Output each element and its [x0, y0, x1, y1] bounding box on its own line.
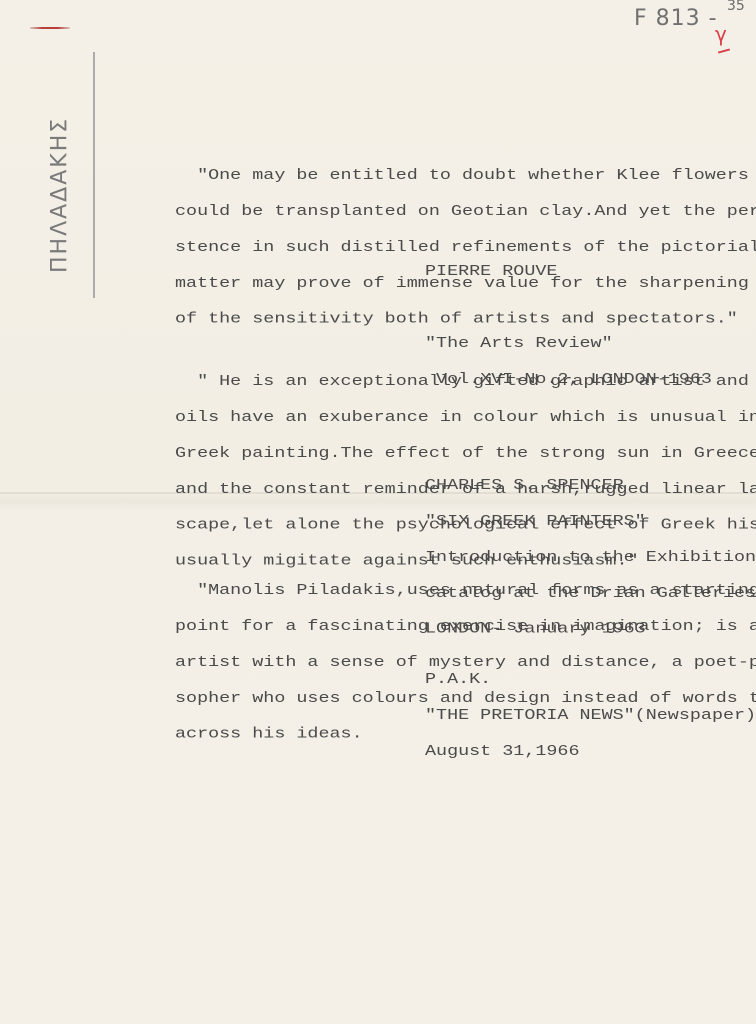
document-page: F 813 - 35 γ ΠΗΛΑΔΑΚΗΣ "One may be entit… — [0, 0, 756, 1024]
handwritten-page-number: 35 — [727, 0, 745, 14]
quote-3-attribution: P.A.K. "THE PRETORIA NEWS"(Newspaper) Au… — [425, 650, 756, 782]
attribution-line: "SIX GREEK PAINTERS" — [425, 516, 756, 528]
quote-line: point for a fascinating exercise in imag… — [175, 621, 756, 633]
red-check-mark: γ — [715, 22, 727, 46]
handwritten-artist-name: ΠΗΛΑΔΑΚΗΣ — [30, 100, 90, 290]
attribution-line: August 31,1966 — [425, 746, 756, 758]
attribution-line: "THE PRETORIA NEWS"(Newspaper) — [425, 710, 756, 722]
pencil-margin-line — [93, 52, 95, 298]
attribution-line — [425, 302, 712, 314]
quote-line: " He is an exceptionally gifted graphic … — [175, 376, 756, 388]
staple-mark — [30, 27, 70, 29]
quote-line: oils have an exuberance in colour which … — [175, 412, 756, 424]
quote-line: "One may be entitled to doubt whether Kl… — [175, 170, 756, 182]
quote-line: could be transplanted on Geotian clay.An… — [175, 206, 756, 218]
attribution-line: "The Arts Review" — [425, 338, 712, 350]
attribution-line: CHARLES S. SPENCER — [425, 480, 756, 492]
attribution-line: P.A.K. — [425, 674, 756, 686]
quote-line: "Manolis Piladakis,uses natural forms as… — [175, 585, 756, 597]
red-underline — [718, 48, 730, 53]
attribution-line: PIERRE ROUVE — [425, 266, 712, 278]
handwritten-reference-number: F 813 - — [634, 6, 718, 31]
